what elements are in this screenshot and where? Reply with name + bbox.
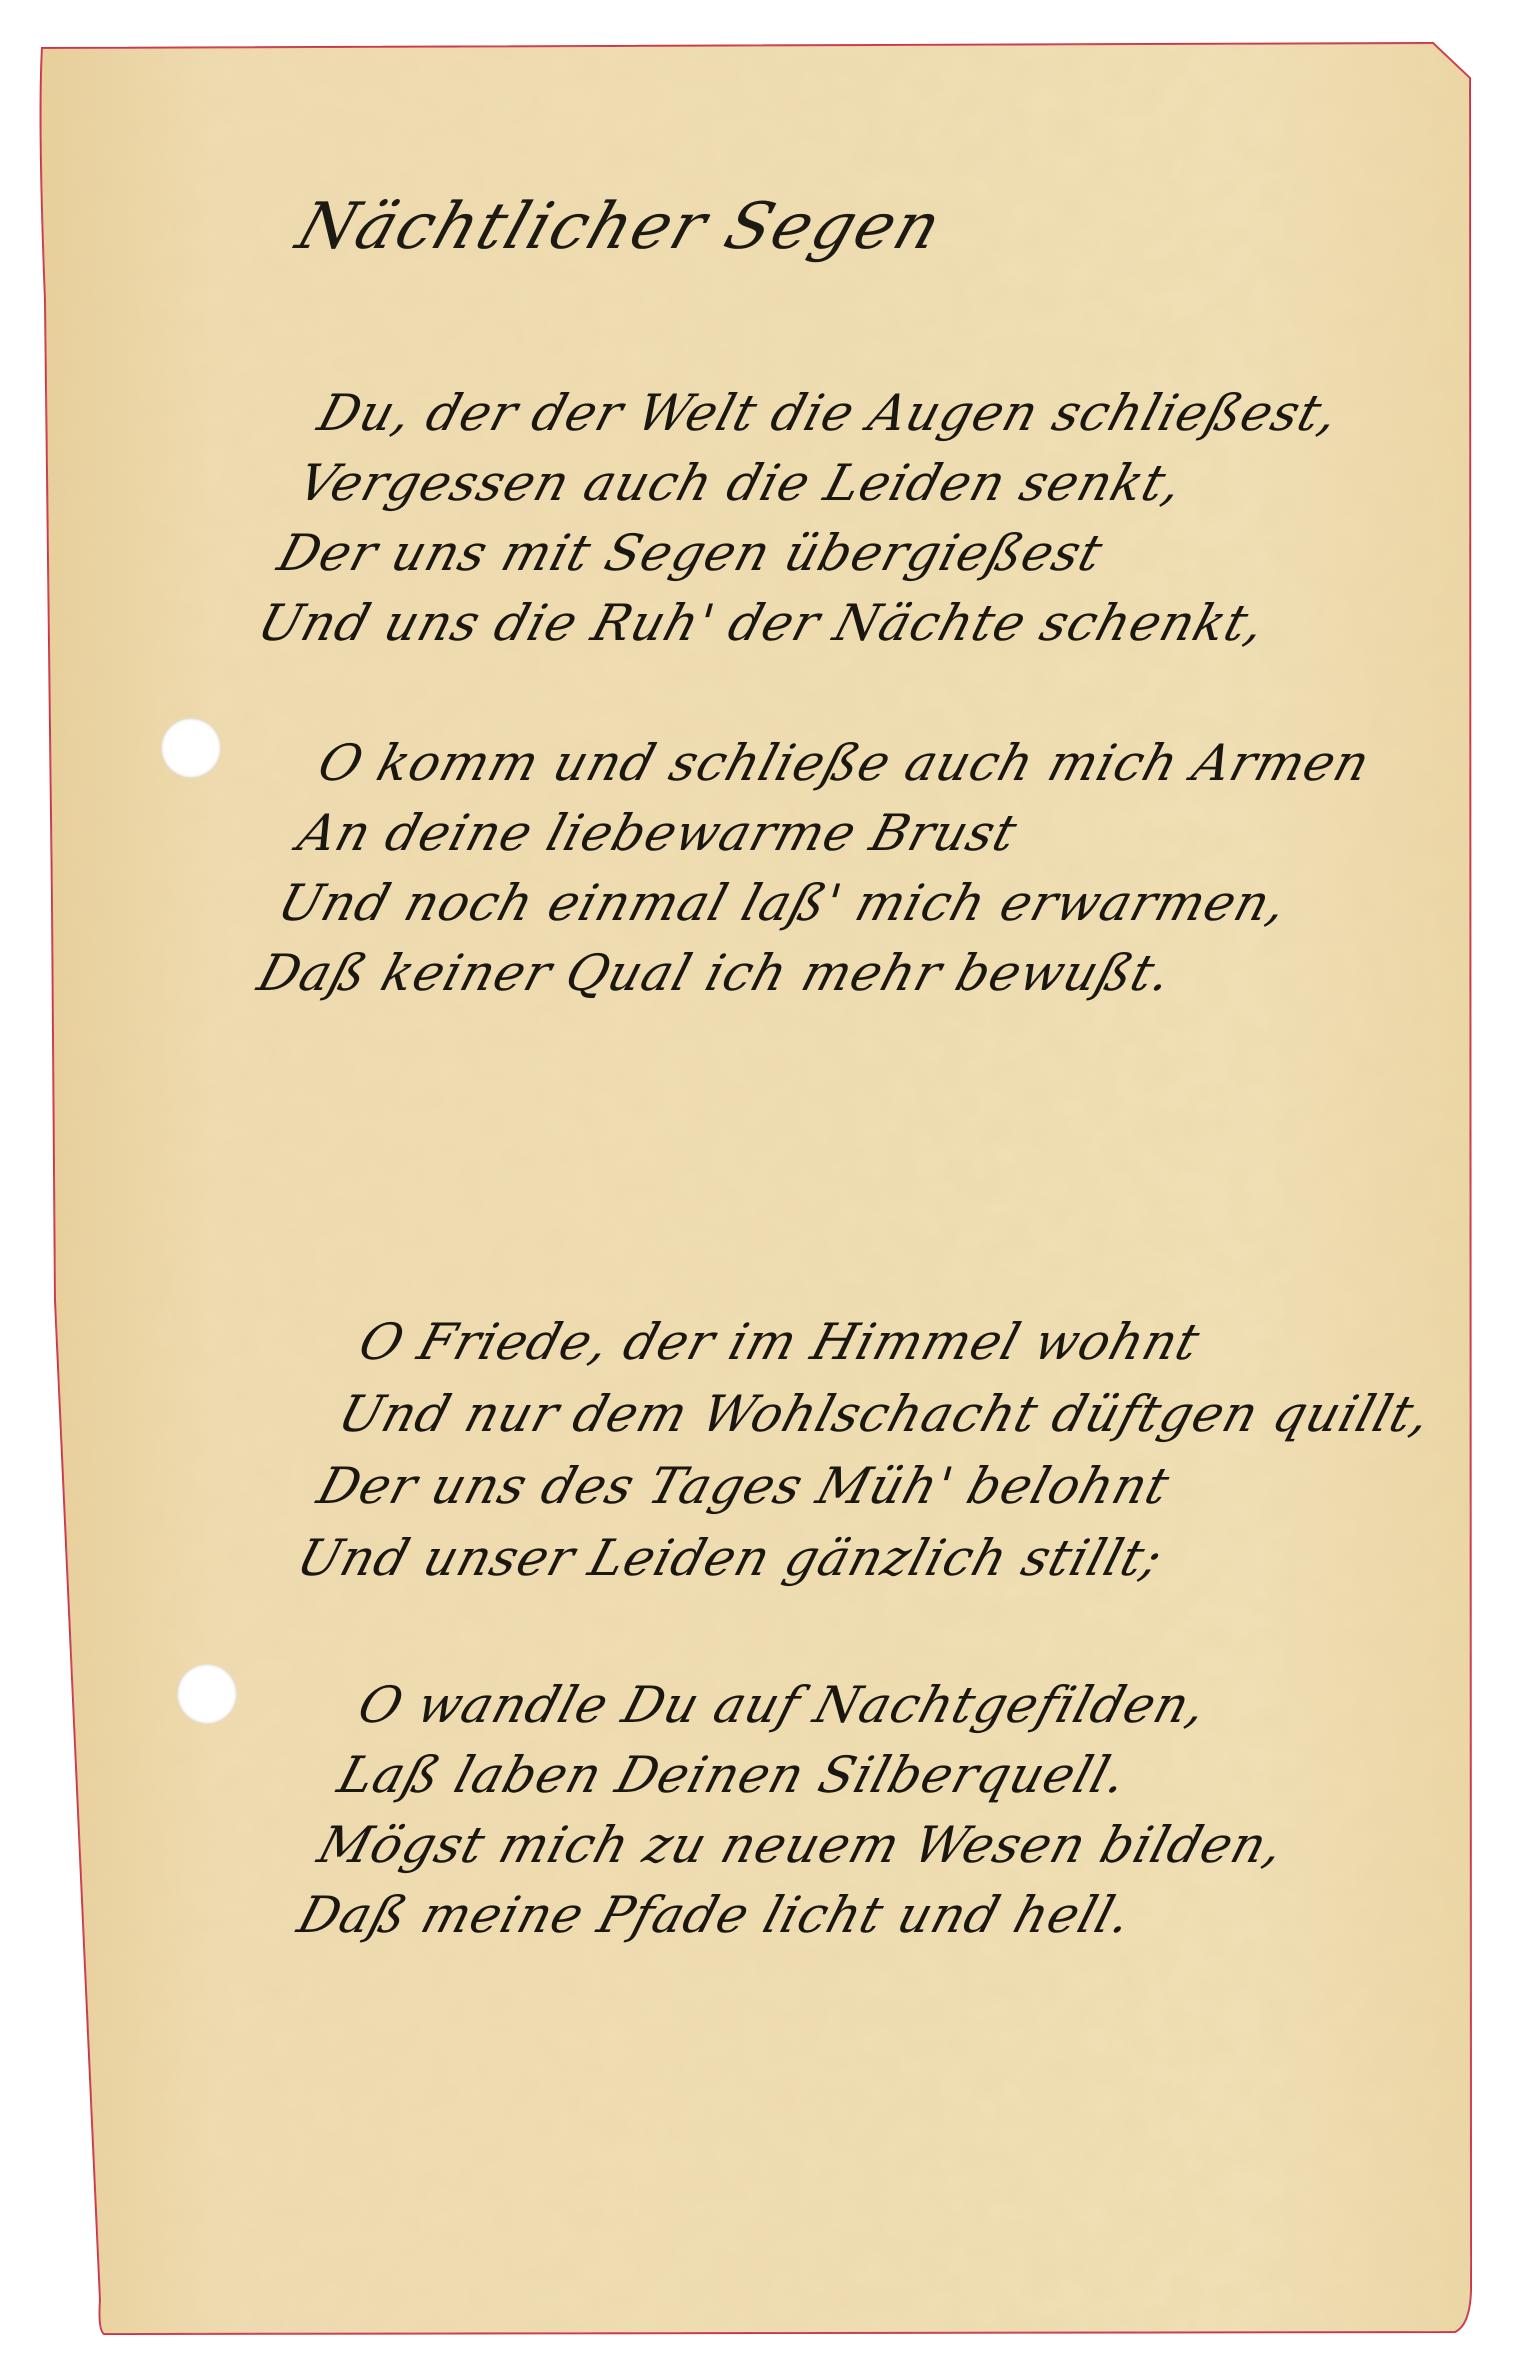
poem-line: Laß laben Deinen Silberquell. (330, 1740, 1313, 1810)
poem-line: O Friede, der im Himmel wohnt (351, 1306, 1461, 1378)
poem-line: Du, der der Welt die Augen schließest, (310, 378, 1347, 448)
stanza-3: O Friede, der im Himmel wohnt Und nur de… (289, 1306, 1461, 1594)
poem-line: Daß meine Pfade licht und hell. (290, 1880, 1273, 1950)
poem-line: O wandle Du auf Nachtgefilden, (350, 1670, 1333, 1740)
poem-line: Und uns die Ruh' der Nächte schenkt, (250, 588, 1287, 658)
poem-line: An deine liebewarme Brust (290, 798, 1359, 868)
poem-title: Nächtlicher Segen (288, 190, 952, 264)
poem-line: Vergessen auch die Leiden senkt, (290, 448, 1327, 518)
poem-line: O komm und schließe auch mich Armen (310, 728, 1379, 798)
poem-line: Und nur dem Wohlschacht düftgen quillt, (330, 1378, 1440, 1450)
poem-line: Der uns mit Segen übergießest (270, 518, 1307, 588)
poem-line: Der uns des Tages Müh' belohnt (309, 1450, 1419, 1522)
stanza-1: Du, der der Welt die Augen schließest, V… (250, 378, 1348, 658)
handwritten-poem: Nächtlicher Segen Du, der der Welt die A… (0, 0, 1513, 2368)
poem-line: Mögst mich zu neuem Wesen bilden, (310, 1810, 1293, 1880)
poem-line: Daß keiner Qual ich mehr bewußt. (250, 938, 1319, 1008)
stanza-2: O komm und schließe auch mich Armen An d… (250, 728, 1379, 1008)
poem-line: Und unser Leiden gänzlich stillt; (289, 1522, 1399, 1594)
stanza-4: O wandle Du auf Nachtgefilden, Laß laben… (290, 1670, 1333, 1950)
poem-line: Und noch einmal laß' mich erwarmen, (270, 868, 1339, 938)
